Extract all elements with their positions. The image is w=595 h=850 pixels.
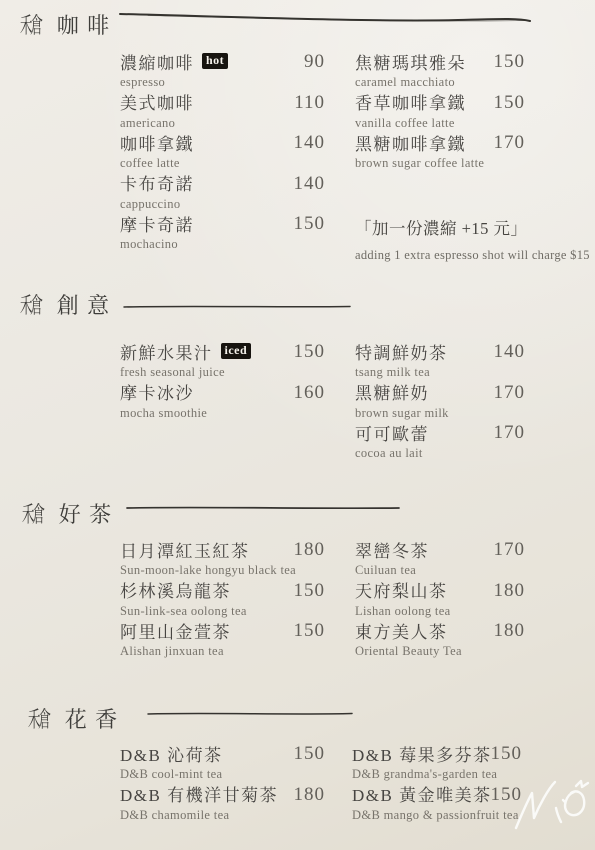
item-name: 東方美人茶 (355, 618, 448, 643)
hot-badge: hot (202, 53, 228, 69)
menu-item: 杉林溪烏龍茶 150 Sun-link-sea oolong tea (120, 579, 325, 620)
item-name: 阿里山金萱茶 (120, 618, 231, 643)
note-subtitle: adding 1 extra espresso shot will charge… (355, 248, 593, 263)
item-name: 咖啡拿鐵 (120, 130, 194, 155)
item-price: 160 (294, 382, 326, 404)
item-subtitle: D&B grandma's-garden tea (352, 767, 522, 782)
tea-right-column: 翠巒冬茶 170 Cuiluan tea 天府梨山茶 180 Lishan oo… (355, 538, 525, 660)
section-title-text: 創意 (57, 293, 118, 318)
item-price: 170 (494, 132, 526, 154)
item-price: 150 (294, 213, 326, 235)
item-price: 150 (494, 92, 526, 114)
item-name: 香草咖啡拿鐵 (355, 89, 466, 114)
item-name: 摩卡奇諾 (120, 211, 194, 236)
section-divider-line (122, 299, 354, 313)
menu-item: 黑糖鮮奶 170 brown sugar milk (355, 381, 525, 422)
item-price: 150 (294, 341, 326, 363)
item-name: 天府梨山茶 (355, 577, 448, 602)
menu-item: 東方美人茶 180 Oriental Beauty Tea (355, 619, 525, 660)
item-name: 黑糖鮮奶 (355, 379, 429, 404)
menu-item: 黑糖咖啡拿鐵 170 brown sugar coffee latte (355, 131, 525, 172)
section-divider-line (146, 707, 356, 721)
item-subtitle: cocoa au lait (355, 446, 525, 461)
item-subtitle: brown sugar coffee latte (355, 156, 525, 171)
item-price: 180 (294, 784, 326, 806)
item-price: 170 (494, 422, 526, 444)
signature-watermark-icon (508, 762, 595, 850)
item-price: 140 (294, 132, 326, 154)
item-subtitle: Lishan oolong tea (355, 604, 525, 619)
brand-character: 禾倉 (20, 292, 43, 320)
item-price: 180 (294, 539, 326, 561)
brand-character: 禾倉 (22, 501, 45, 529)
menu-item: 新鮮水果汁iced 150 fresh seasonal juice (120, 340, 325, 381)
item-name: 日月潭紅玉紅茶 (120, 537, 250, 562)
item-name: D&B 有機洋甘菊茶 (120, 781, 278, 806)
item-name: 摩卡冰沙 (120, 379, 194, 404)
item-subtitle: brown sugar milk (355, 406, 525, 421)
menu-item: 摩卡冰沙 160 mocha smoothie (120, 381, 325, 422)
iced-badge: iced (221, 343, 252, 359)
section-title-text: 咖啡 (57, 13, 118, 38)
item-price: 150 (294, 580, 326, 602)
item-name: 濃縮咖啡 (120, 49, 194, 74)
item-subtitle: vanilla coffee latte (355, 116, 525, 131)
item-subtitle: D&B chamomile tea (120, 808, 325, 823)
menu-page: 禾倉 咖啡 濃縮咖啡hot 90 espresso 美式咖啡 110 ameri… (0, 0, 595, 850)
item-name: 翠巒冬茶 (355, 537, 429, 562)
floral-left-column: D&B 沁荷茶 150 D&B cool-mint tea D&B 有機洋甘菊茶… (120, 742, 325, 823)
menu-item: 摩卡奇諾 150 mochacino (120, 212, 325, 253)
section-title-coffee: 禾倉 咖啡 (20, 12, 117, 40)
item-subtitle: americano (120, 116, 325, 131)
brand-character: 禾倉 (28, 706, 51, 734)
item-name: 黑糖咖啡拿鐵 (355, 130, 466, 155)
item-price: 170 (494, 382, 526, 404)
item-subtitle: D&B cool-mint tea (120, 767, 325, 782)
item-price: 110 (294, 92, 325, 114)
item-name: 新鮮水果汁 (120, 339, 213, 364)
item-price: 90 (304, 51, 325, 73)
item-price: 140 (294, 173, 326, 195)
item-subtitle: mochacino (120, 237, 325, 252)
watermark-text: NiO (0, 0, 1, 1)
menu-item: 天府梨山茶 180 Lishan oolong tea (355, 579, 525, 620)
item-name: 可可歐蕾 (355, 420, 429, 445)
menu-item: D&B 有機洋甘菊茶 180 D&B chamomile tea (120, 783, 325, 824)
item-price: 140 (494, 341, 526, 363)
item-subtitle: Sun-link-sea oolong tea (120, 604, 325, 619)
item-name: 美式咖啡 (120, 89, 194, 114)
item-name: 杉林溪烏龍茶 (120, 577, 231, 602)
tea-left-column: 日月潭紅玉紅茶 180 Sun-moon-lake hongyu black t… (120, 538, 325, 660)
section-title-text: 好茶 (59, 502, 120, 527)
item-price: 150 (294, 743, 326, 765)
menu-item: 美式咖啡 110 americano (120, 91, 325, 132)
note-text: 「加一份濃縮 +15 元」 (355, 215, 593, 239)
menu-item: 可可歐蕾 170 cocoa au lait (355, 421, 525, 462)
item-name: 卡布奇諾 (120, 170, 194, 195)
item-subtitle: Sun-moon-lake hongyu black tea (120, 563, 325, 578)
item-name: D&B 沁荷茶 (120, 741, 223, 766)
section-title-tea: 禾倉 好茶 (22, 501, 119, 529)
item-subtitle: Cuiluan tea (355, 563, 525, 578)
floral-right-column: D&B 莓果多芬茶 150 D&B grandma's-garden tea D… (352, 742, 522, 823)
brand-character: 禾倉 (20, 12, 43, 40)
menu-item: 日月潭紅玉紅茶 180 Sun-moon-lake hongyu black t… (120, 538, 325, 579)
item-price: 150 (294, 620, 326, 642)
item-subtitle: caramel macchiato (355, 75, 525, 90)
menu-item: D&B 沁荷茶 150 D&B cool-mint tea (120, 742, 325, 783)
item-subtitle: Alishan jinxuan tea (120, 644, 325, 659)
creative-left-column: 新鮮水果汁iced 150 fresh seasonal juice 摩卡冰沙 … (120, 340, 325, 421)
creative-right-column: 特調鮮奶茶 140 tsang milk tea 黑糖鮮奶 170 brown … (355, 340, 525, 462)
item-name: 特調鮮奶茶 (355, 339, 448, 364)
coffee-left-column: 濃縮咖啡hot 90 espresso 美式咖啡 110 americano 咖… (120, 50, 325, 253)
item-subtitle: Oriental Beauty Tea (355, 644, 525, 659)
item-subtitle: cappuccino (120, 197, 325, 212)
menu-item: 阿里山金萱茶 150 Alishan jinxuan tea (120, 619, 325, 660)
item-subtitle: D&B mango & passionfruit tea (352, 808, 522, 823)
section-title-text: 花香 (65, 707, 126, 732)
section-title-floral: 禾倉 花香 (28, 706, 125, 734)
item-name: D&B 黃金唯美茶 (352, 781, 492, 806)
item-subtitle: coffee latte (120, 156, 325, 171)
menu-item: 咖啡拿鐵 140 coffee latte (120, 131, 325, 172)
item-subtitle: mocha smoothie (120, 406, 325, 421)
menu-item: 焦糖瑪琪雅朵 150 caramel macchiato (355, 50, 525, 91)
menu-item: 翠巒冬茶 170 Cuiluan tea (355, 538, 525, 579)
item-price: 150 (494, 51, 526, 73)
item-subtitle: espresso (120, 75, 325, 90)
item-price: 170 (494, 539, 526, 561)
item-price: 180 (494, 580, 526, 602)
menu-item: D&B 黃金唯美茶 150 D&B mango & passionfruit t… (352, 783, 522, 824)
item-price: 180 (494, 620, 526, 642)
section-title-creative: 禾倉 創意 (20, 292, 117, 320)
item-name: 焦糖瑪琪雅朵 (355, 49, 466, 74)
section-divider-line (125, 501, 403, 515)
item-subtitle: fresh seasonal juice (120, 365, 325, 380)
section-divider-line (118, 9, 534, 25)
extra-shot-note: 「加一份濃縮 +15 元」 adding 1 extra espresso sh… (355, 215, 593, 263)
menu-item: 香草咖啡拿鐵 150 vanilla coffee latte (355, 91, 525, 132)
menu-item: D&B 莓果多芬茶 150 D&B grandma's-garden tea (352, 742, 522, 783)
coffee-right-column: 焦糖瑪琪雅朵 150 caramel macchiato 香草咖啡拿鐵 150 … (355, 50, 525, 172)
menu-item: 濃縮咖啡hot 90 espresso (120, 50, 325, 91)
menu-item: 卡布奇諾 140 cappuccino (120, 172, 325, 213)
item-subtitle: tsang milk tea (355, 365, 525, 380)
item-name: D&B 莓果多芬茶 (352, 741, 492, 766)
menu-item: 特調鮮奶茶 140 tsang milk tea (355, 340, 525, 381)
